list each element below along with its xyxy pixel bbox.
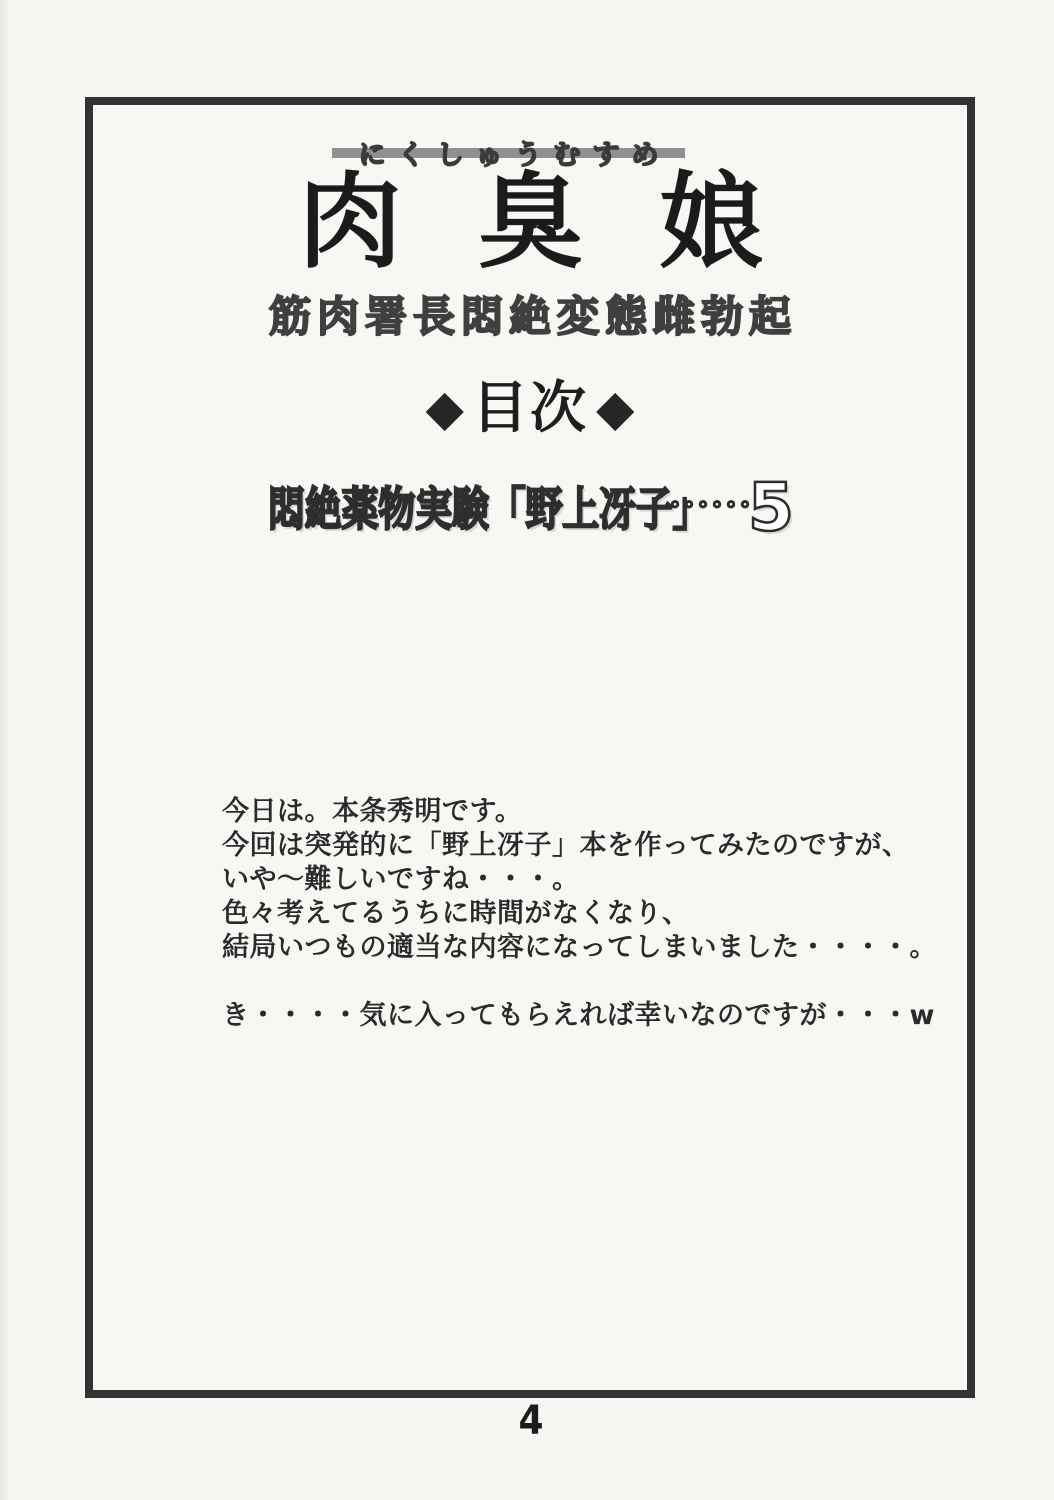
scan-edge-shadow (0, 0, 10, 1500)
book-title: 肉 臭 娘 (298, 168, 763, 276)
book-title-char: 臭 (478, 168, 582, 276)
afterword-line: き・・・・気に入ってもらえれば幸いなのですが・・・w (222, 999, 882, 1033)
page-number: 4 (85, 1398, 975, 1444)
diamond-icon: ◆ (596, 383, 634, 433)
toc-heading: ◆ 目次 ◆ (85, 380, 975, 436)
diamond-icon: ◆ (426, 383, 464, 433)
book-title-char: 娘 (659, 168, 763, 276)
afterword-paragraph: 今日は。本条秀明です。 今回は突発的に「野上冴子」本を作ってみたのですが、 いや… (222, 795, 882, 1033)
afterword-line: 結局いつもの適当な内容になってしまいました・・・・。 (222, 931, 882, 965)
afterword-line: 色々考えてるうちに時間がなくなり、 (222, 897, 882, 931)
toc-entry-page-number: 5 (748, 468, 794, 547)
toc-entry-title: 悶絶薬物実験「野上冴子」 (268, 482, 710, 537)
afterword-line: いや〜難しいですね・・・。 (222, 863, 882, 897)
toc-entry-leader-dots: ・・・・・・・ (660, 478, 758, 535)
toc-heading-label: 目次 (472, 380, 588, 436)
book-title-char: 肉 (298, 168, 402, 276)
afterword-line-blank (222, 965, 882, 999)
afterword-line: 今回は突発的に「野上冴子」本を作ってみたのですが、 (222, 829, 882, 863)
afterword-line: 今日は。本条秀明です。 (222, 795, 882, 829)
book-subtitle: 筋肉署長悶絶変態雌勃起 (85, 284, 975, 344)
